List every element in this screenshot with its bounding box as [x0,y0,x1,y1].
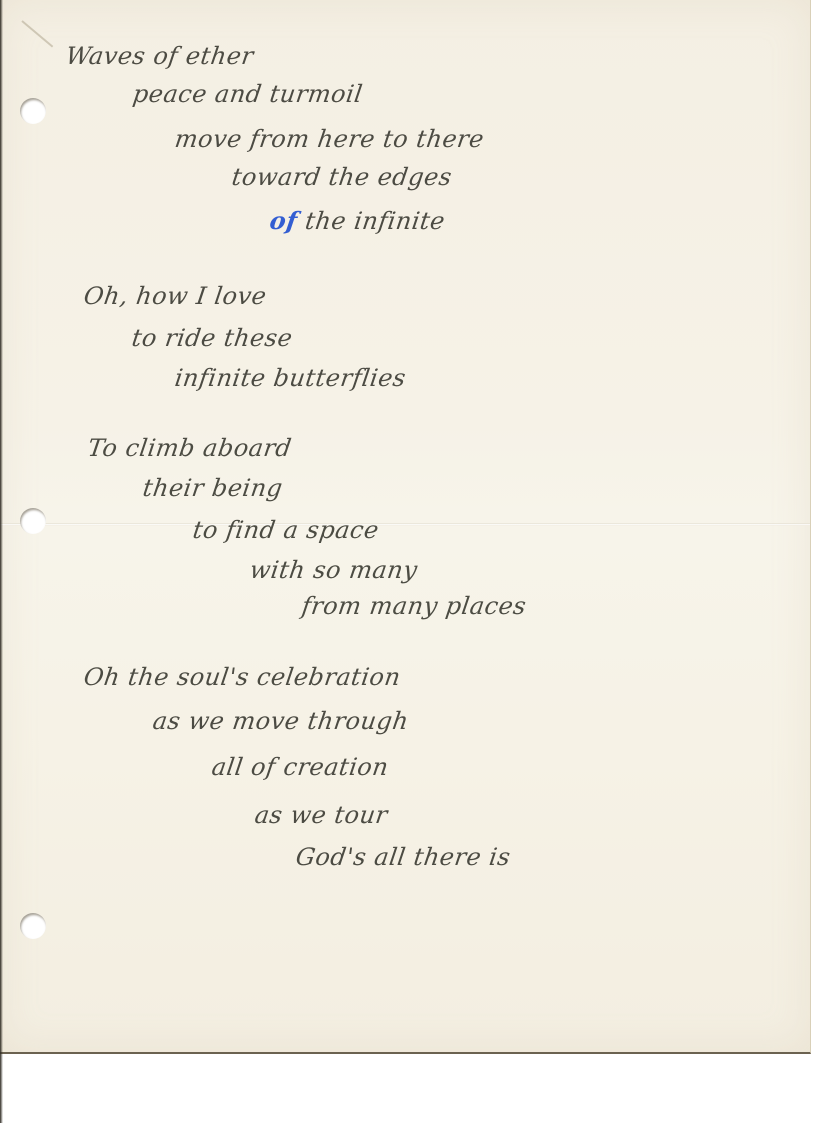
poem-line: as we move through [151,707,410,735]
punch-hole-top [20,98,46,124]
poem-line: Oh, how I love [82,282,268,310]
paper-sheet: Waves of ether peace and turmoil move fr… [0,0,811,1054]
poem-line: of the infinite [268,206,447,235]
fold-crease [0,523,810,526]
poem-line: to find a space [191,516,381,544]
poem-line: to ride these [130,324,294,352]
poem-line: God's all there is [294,843,512,871]
poem-line: toward the edges [230,163,454,191]
corner-crease [21,20,53,47]
poem-line: with so many [248,556,419,584]
poem-line: as we tour [253,801,390,829]
poem-line: all of creation [210,753,390,781]
poem-line: Waves of ether [64,42,255,70]
poem-line-rest: the infinite [295,207,447,235]
poem-line: their being [141,474,285,502]
scanner-edge [0,0,3,1123]
poem-line: Oh the soul's celebration [82,663,402,691]
poem-line: To climb aboard [86,434,293,462]
punch-hole-middle [20,508,46,534]
scanned-page: Waves of ether peace and turmoil move fr… [0,0,816,1123]
punch-hole-bottom [20,913,46,939]
poem-line: infinite butterflies [173,364,408,392]
poem-line: from many places [300,592,528,620]
poem-line: move from here to there [173,125,486,153]
poem-line: peace and turmoil [131,80,364,108]
